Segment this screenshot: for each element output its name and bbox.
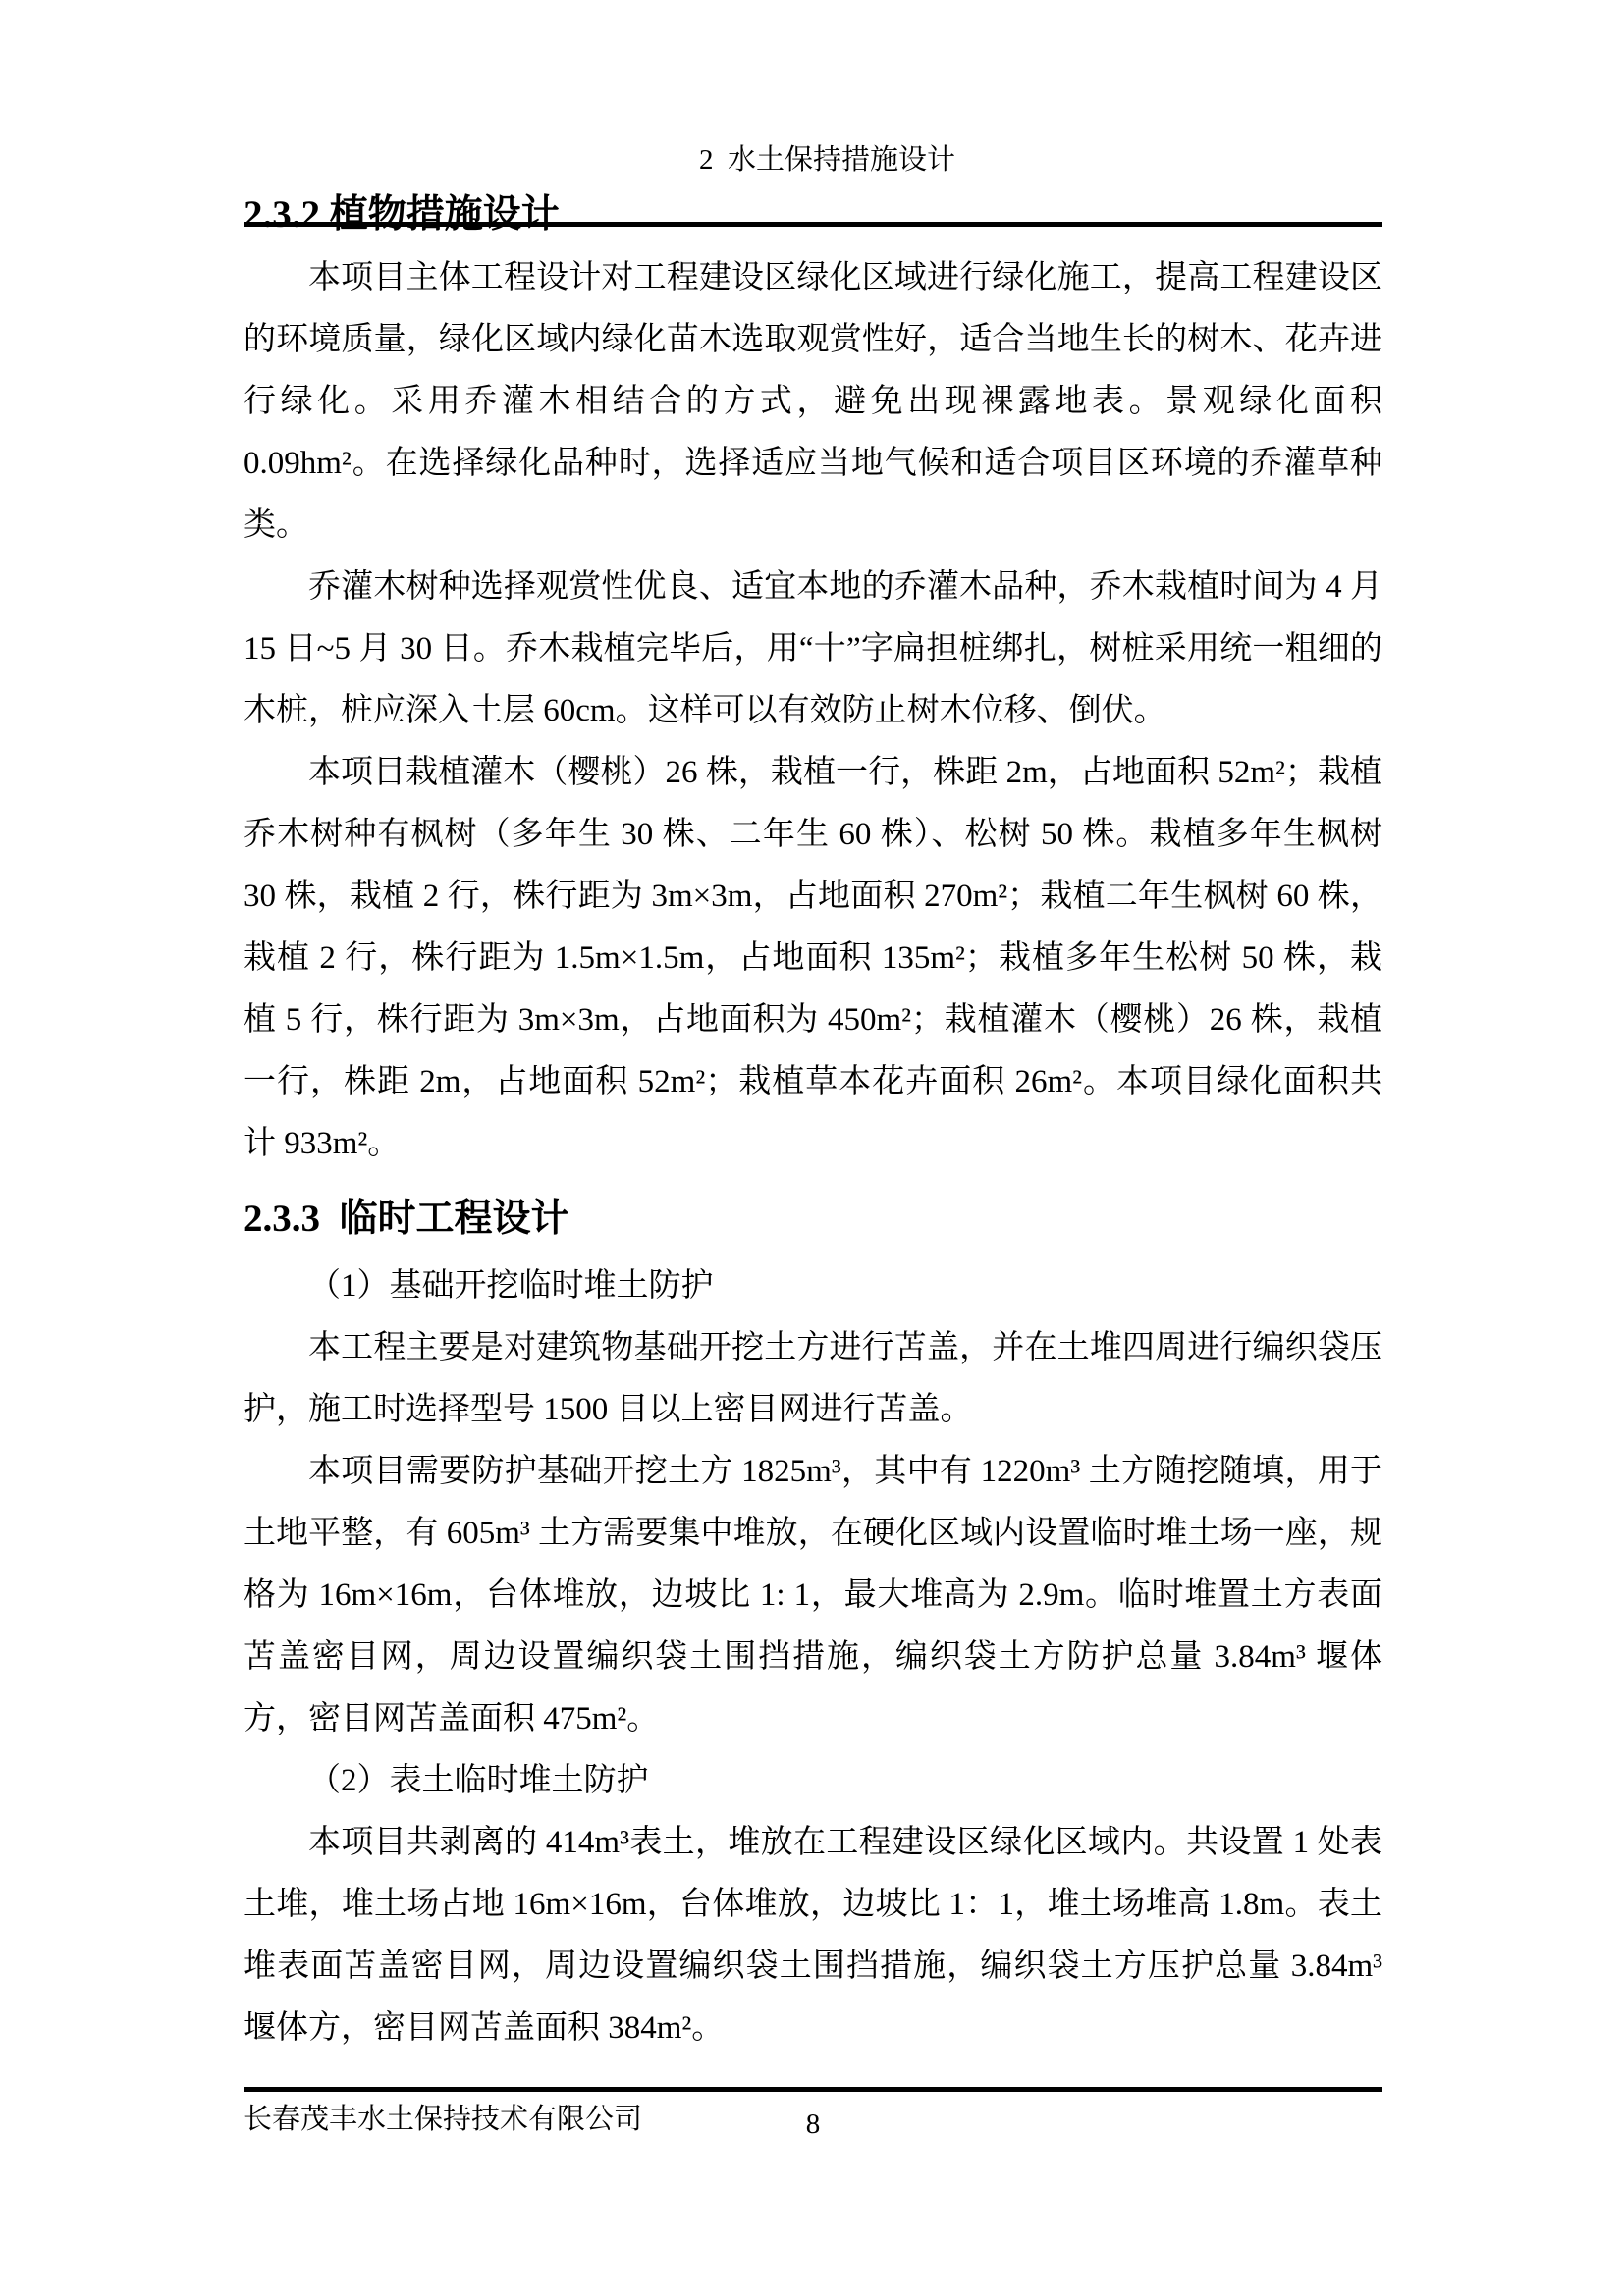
section-heading-2-3-2: 2.3.2 植物措施设计 <box>244 192 1382 238</box>
footer-page-number: 8 <box>244 2107 1382 2142</box>
paragraph-greening-overview: 本项目主体工程设计对工程建设区绿化区域进行绿化施工，提高工程建设区的环境质量，绿… <box>244 247 1382 557</box>
paragraph-excavated-soil-protection: 本项目需要防护基础开挖土方 1825m³，其中有 1220m³ 土方随挖随填，用… <box>244 1441 1382 1750</box>
paragraph-tree-planting-method: 乔灌木树种选择观赏性优良、适宜本地的乔灌木品种，乔木栽植时间为 4 月 15 日… <box>244 557 1382 742</box>
paragraph-planting-quantities: 本项目栽植灌木（樱桃）26 株，栽植一行，株距 2m，占地面积 52m²；栽植乔… <box>244 742 1382 1175</box>
section-heading-2-3-3: 2.3.3 临时工程设计 <box>244 1197 1382 1242</box>
subitem-2-topsoil-stockpile: （2）表土临时堆土防护 <box>244 1750 1382 1812</box>
page-footer: 长春茂丰水土保持技术有限公司 8 <box>244 2087 1382 2137</box>
paragraph-covering-measures: 本工程主要是对建筑物基础开挖土方进行苫盖，并在土堆四周进行编织袋压护，施工时选择… <box>244 1317 1382 1441</box>
page-content: 2.3.2 植物措施设计 本项目主体工程设计对工程建设区绿化区域进行绿化施工，提… <box>244 169 1382 2059</box>
subitem-1-foundation-excavation: （1）基础开挖临时堆土防护 <box>244 1255 1382 1317</box>
document-page: 2 水土保持措施设计 2.3.2 植物措施设计 本项目主体工程设计对工程建设区绿… <box>0 0 1624 2296</box>
paragraph-topsoil-protection: 本项目共剥离的 414m³表土，堆放在工程建设区绿化区域内。共设置 1 处表土堆… <box>244 1812 1382 2059</box>
